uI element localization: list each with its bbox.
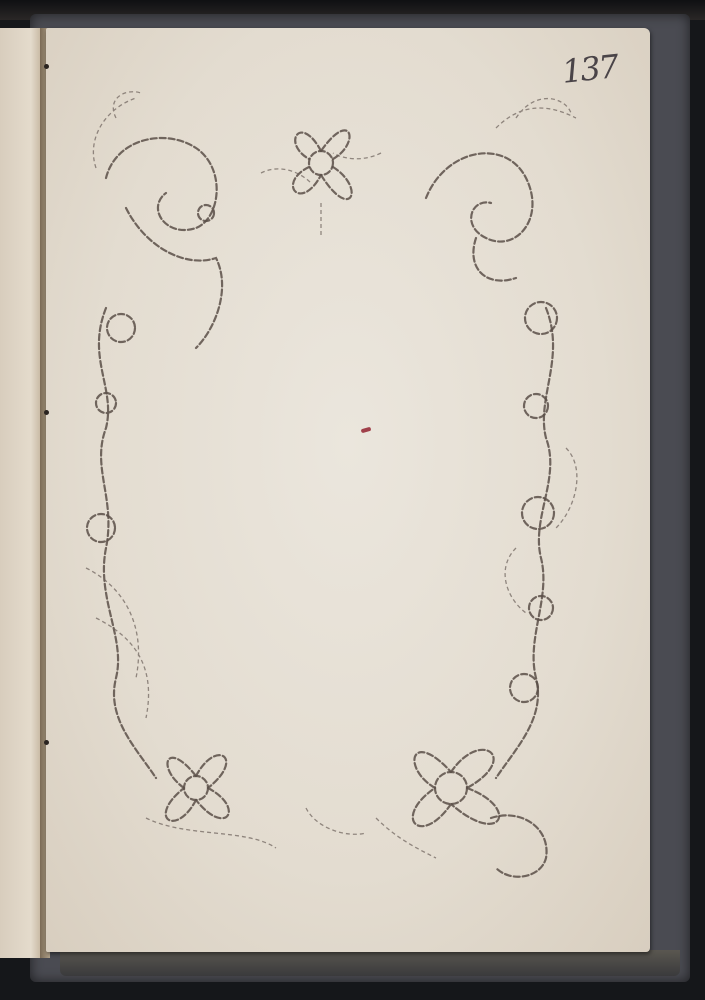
cover-bottom-edge [60, 950, 680, 976]
page-number: 137 [560, 47, 619, 91]
floral-frame-ornament [46, 28, 650, 952]
